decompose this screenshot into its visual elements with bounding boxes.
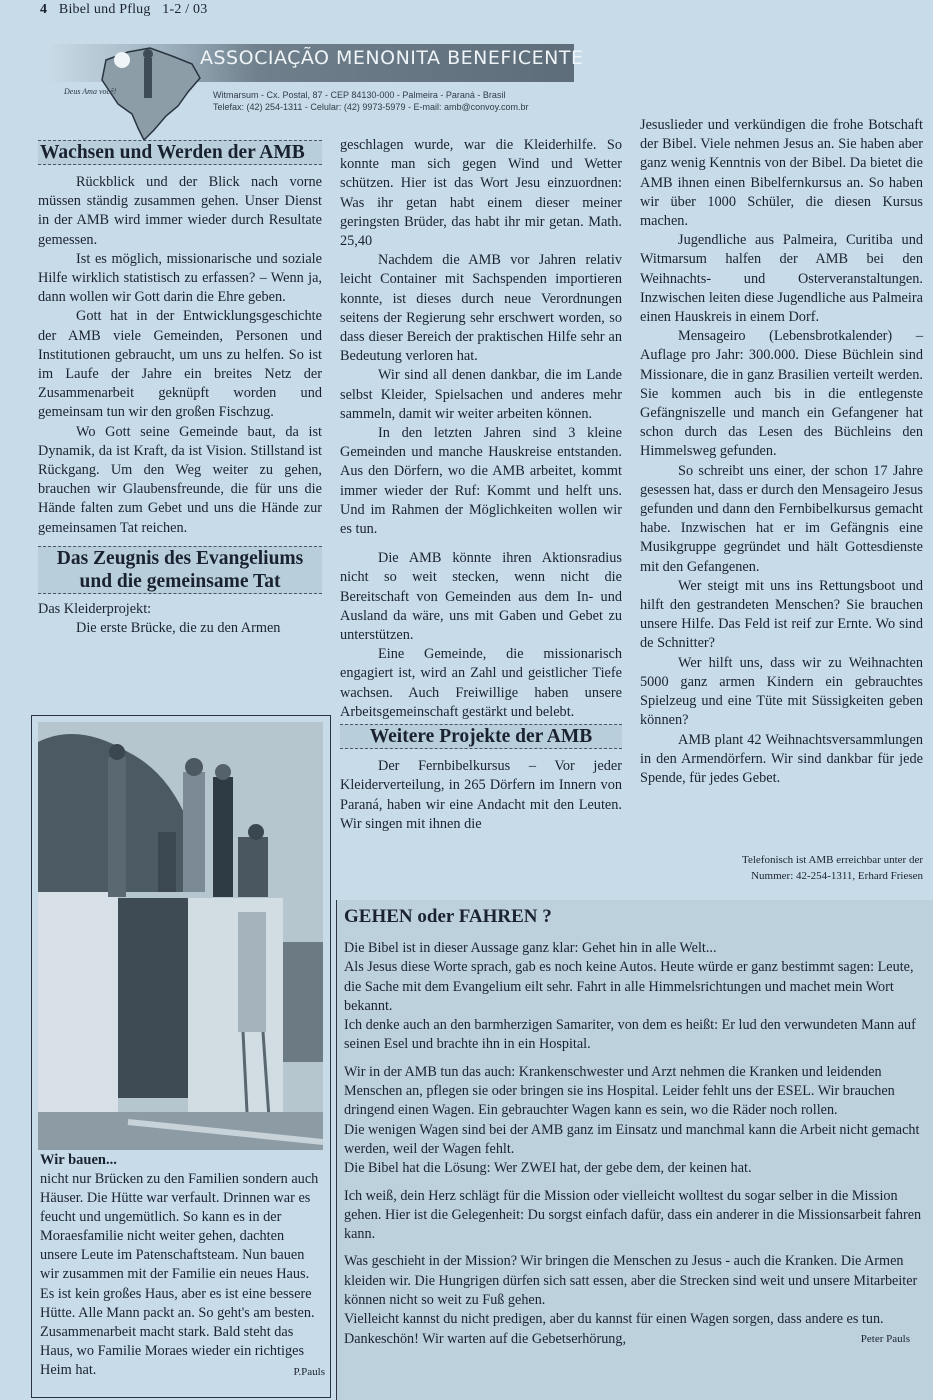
appeal-line: Die Bibel hat die Lösung: Wer ZWEI hat, …: [344, 1159, 926, 1178]
article1-paragraph: Ist es möglich, missionarische und sozia…: [38, 250, 322, 308]
article1-paragraph: Wo Gott seine Gemeinde baut, da ist Dyna…: [38, 423, 322, 538]
column-1: Wachsen und Werden der AMB Rückblick und…: [38, 140, 322, 638]
article2-paragraph: Eine Gemeinde, die missionarisch engagie…: [340, 645, 622, 722]
article3-paragraph: Wer steigt mit uns ins Rettungsboot und …: [640, 577, 923, 654]
photo-caption-text: nicht nur Brücken zu den Familien sonder…: [40, 1171, 318, 1378]
address-line: Witmarsum - Cx. Postal, 87 - CEP 84130-0…: [213, 89, 528, 101]
article2-paragraph: Wir sind all denen dankbar, die im Lande…: [340, 366, 622, 424]
photo-caption-title: Wir bauen...: [40, 1152, 117, 1169]
appeal-closing: Dankeschön! Wir warten auf die Gebetserh…: [344, 1331, 626, 1347]
appeal-line: Als Jesus diese Worte sprach, gab es noc…: [344, 958, 926, 1016]
article3-paragraph: Mensageiro (Lebensbrotkalender) – Auflag…: [640, 327, 923, 461]
article2-heading-line1: Das Zeugnis des Evangeliums: [38, 547, 322, 570]
article1-paragraph: Gott hat in der Entwicklungsgeschichte d…: [38, 307, 322, 422]
article2-heading: Das Zeugnis des Evangeliums und die geme…: [38, 546, 322, 594]
contact-line: Telefax: (42) 254-1311 - Celular: (42) 9…: [213, 101, 528, 113]
appeal-signature: Peter Pauls: [861, 1330, 910, 1349]
organization-name: ASSOCIAÇÃO MENONITA BENEFICENTE: [200, 47, 583, 69]
appeal-line: Was geschieht in der Mission? Wir bringe…: [344, 1252, 926, 1310]
article2-intro-continued: Die erste Brücke, die zu den Armen: [38, 619, 322, 638]
appeal-line: Wir in der AMB tun das auch: Krankenschw…: [344, 1063, 926, 1121]
page-number: 4: [40, 2, 47, 17]
construction-photo: [38, 722, 323, 1150]
article2-paragraph: In den letzten Jahren sind 3 kleine Geme…: [340, 424, 622, 539]
article1-paragraph: Rückblick und der Blick nach vorne müsse…: [38, 173, 322, 250]
article2-heading-line2: und die gemeinsame Tat: [38, 570, 322, 593]
appeal-heading: GEHEN oder FAHREN ?: [344, 906, 552, 928]
article3-paragraph: AMB plant 42 Weihnachtsversammlungen in …: [640, 731, 923, 789]
article3-paragraph: Wer hilft uns, dass wir zu Weihnachten 5…: [640, 654, 923, 731]
phone-note: Telefonisch ist AMB erreichbar unter der…: [640, 852, 923, 884]
phone-note-line2: Nummer: 42-254-1311, Erhard Friesen: [640, 868, 923, 884]
page-header: 4 Bibel und Pflug 1-2 / 03: [40, 2, 207, 18]
column-3: Jesuslieder und verkündigen die frohe Bo…: [640, 116, 923, 788]
article3-heading: Weitere Projekte der AMB: [340, 724, 622, 749]
contact-info: Witmarsum - Cx. Postal, 87 - CEP 84130-0…: [213, 89, 528, 113]
motto: Deus Ama você!: [64, 87, 116, 96]
article2-paragraph: Nachdem die AMB vor Jahren relativ leich…: [340, 251, 622, 366]
appeal-line: Die Bibel ist in dieser Aussage ganz kla…: [344, 939, 926, 958]
column-2: geschlagen wurde, war die Kleiderhilfe. …: [340, 136, 622, 834]
photo-caption: nicht nur Brücken zu den Familien sonder…: [40, 1170, 325, 1382]
appeal-line: Ich denke auch an den barmherzigen Samar…: [344, 1016, 926, 1055]
publication-name: Bibel und Pflug: [59, 2, 151, 17]
article2-intro: Das Kleiderprojekt:: [38, 600, 322, 619]
photo-author: P.Pauls: [294, 1363, 326, 1382]
article3-paragraph: Der Fernbibelkursus – Vor jeder Kleiderv…: [340, 757, 622, 834]
appeal-text: Die Bibel ist in dieser Aussage ganz kla…: [344, 939, 926, 1349]
issue-number: 1-2 / 03: [162, 2, 207, 17]
article2-paragraph: Die AMB könnte ihren Aktionsradius nicht…: [340, 549, 622, 645]
photo-illustration: [38, 722, 323, 1150]
appeal-line: Dankeschön! Wir warten auf die Gebetserh…: [344, 1330, 926, 1349]
appeal-line: Vielleicht kannst du nicht predigen, abe…: [344, 1310, 926, 1329]
article3-paragraph: Jesuslieder und verkündigen die frohe Bo…: [640, 116, 923, 231]
appeal-line: Die wenigen Wagen sind bei der AMB ganz …: [344, 1121, 926, 1160]
phone-note-line1: Telefonisch ist AMB erreichbar unter der: [640, 852, 923, 868]
appeal-line: Ich weiß, dein Herz schlägt für die Miss…: [344, 1187, 926, 1245]
article1-heading: Wachsen und Werden der AMB: [38, 140, 322, 165]
article3-paragraph: Jugendliche aus Palmeira, Curitiba und W…: [640, 231, 923, 327]
article2-paragraph: geschlagen wurde, war die Kleiderhilfe. …: [340, 136, 622, 251]
article3-paragraph: So schreibt uns einer, der schon 17 Jahr…: [640, 462, 923, 577]
